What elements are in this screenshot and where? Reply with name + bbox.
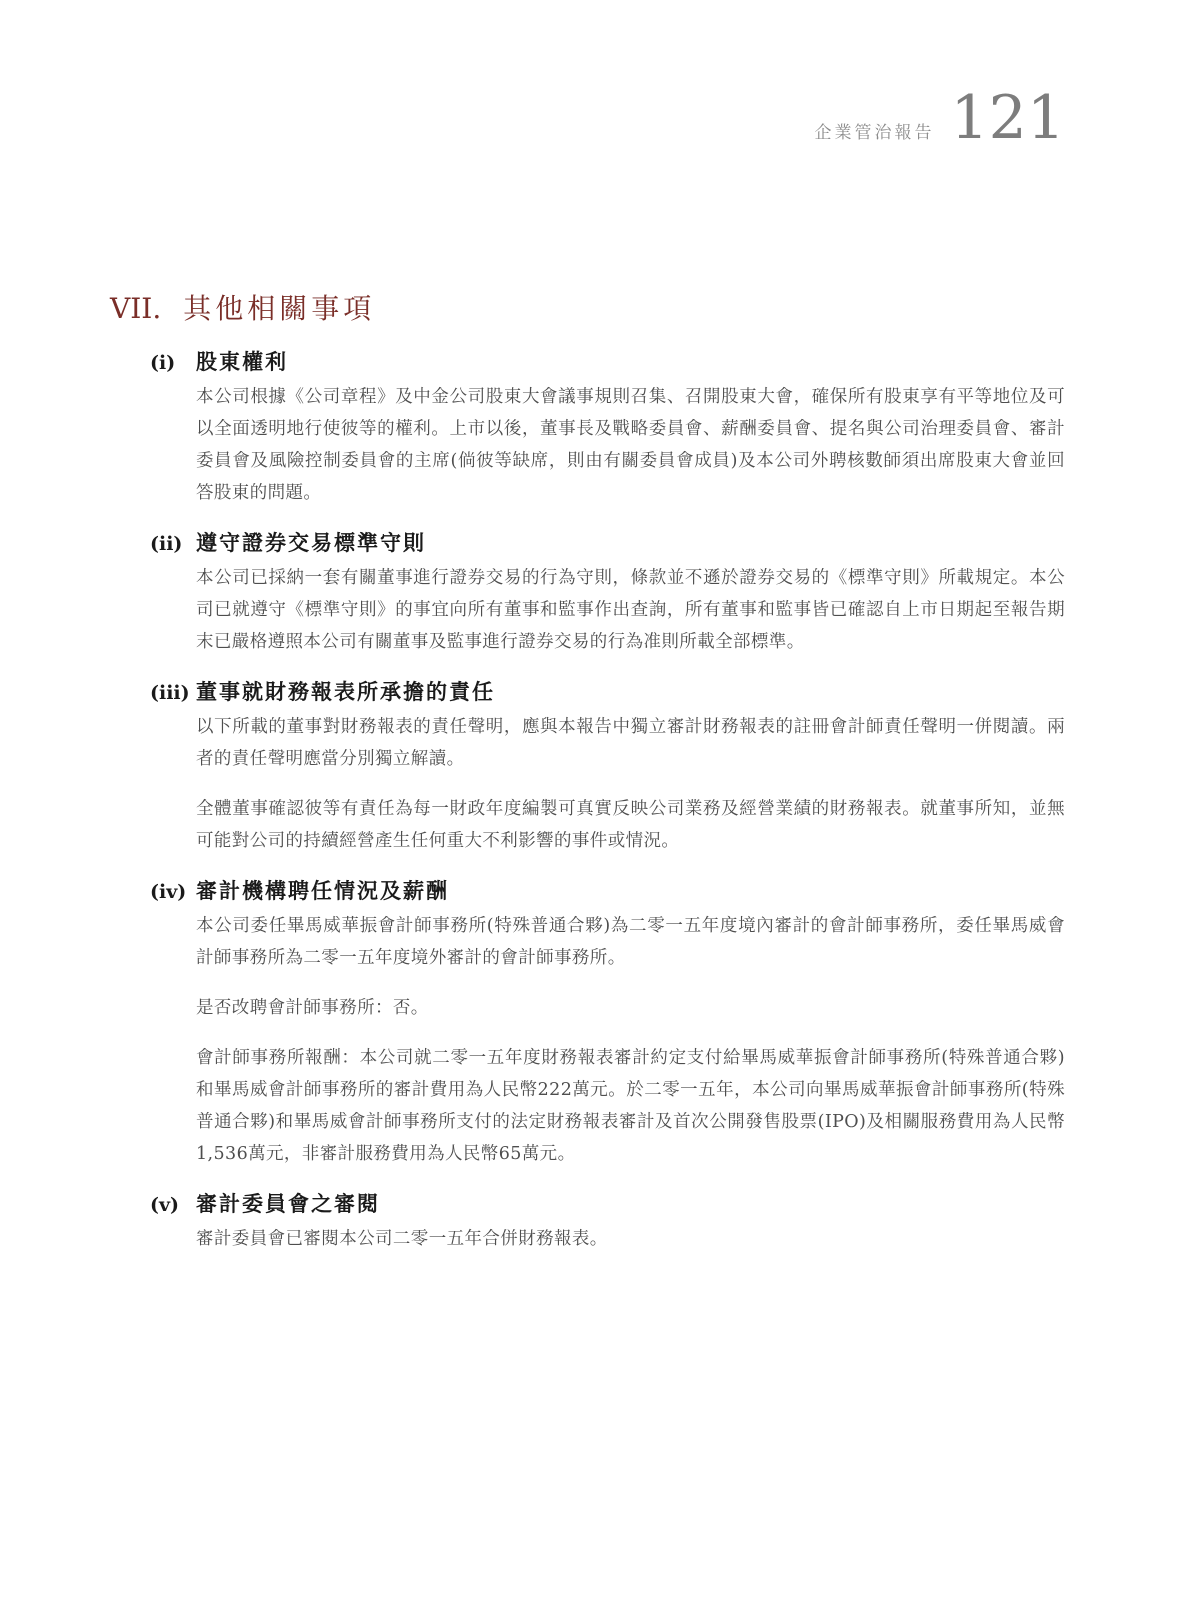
subsection-marker: (i) <box>150 349 196 377</box>
subsection-shareholder-rights: (i) 股東權利 本公司根據《公司章程》及中金公司股東大會議事規則召集、召開股東… <box>0 348 1190 509</box>
paragraph: 以下所載的董事對財務報表的責任聲明，應與本報告中獨立審計財務報表的註冊會計師責任… <box>196 711 1065 775</box>
subsection-heading: (iii) 董事就財務報表所承擔的責任 <box>150 678 1065 707</box>
subsection-heading: (i) 股東權利 <box>150 348 1065 377</box>
page-number: 121 <box>950 88 1065 148</box>
section-heading: VII. 其他相關事項 <box>110 290 1065 328</box>
paragraph: 本公司根據《公司章程》及中金公司股東大會議事規則召集、召開股東大會，確保所有股東… <box>196 381 1065 509</box>
paragraph: 審計委員會已審閱本公司二零一五年合併財務報表。 <box>196 1223 1065 1255</box>
subsection-marker: (v) <box>150 1191 196 1219</box>
subsection-auditor-appointment-remuneration: (iv) 審計機構聘任情況及薪酬 本公司委任畢馬威華振會計師事務所(特殊普通合夥… <box>0 877 1190 1170</box>
subsection-marker: (ii) <box>150 530 196 558</box>
subsection-audit-committee-review: (v) 審計委員會之審閱 審計委員會已審閱本公司二零一五年合併財務報表。 <box>0 1190 1190 1255</box>
subsection-marker: (iii) <box>150 679 196 707</box>
section-title: 其他相關事項 <box>183 290 375 328</box>
subsection-heading: (iv) 審計機構聘任情況及薪酬 <box>150 877 1065 906</box>
subsection-model-code-compliance: (ii) 遵守證券交易標準守則 本公司已採納一套有關董事進行證券交易的行為守則，… <box>0 529 1190 658</box>
paragraph: 是否改聘會計師事務所：否。 <box>196 992 1065 1024</box>
paragraph: 全體董事確認彼等有責任為每一財政年度編製可真實反映公司業務及經營業績的財務報表。… <box>196 793 1065 857</box>
paragraph: 會計師事務所報酬：本公司就二零一五年度財務報表審計約定支付給畢馬威華振會計師事務… <box>196 1042 1065 1170</box>
paragraph: 本公司委任畢馬威華振會計師事務所(特殊普通合夥)為二零一五年度境內審計的會計師事… <box>196 910 1065 974</box>
subsection-title: 董事就財務報表所承擔的責任 <box>196 678 495 706</box>
page-header: 企業管治報告 121 <box>0 0 1190 148</box>
subsection-heading: (ii) 遵守證券交易標準守則 <box>150 529 1065 558</box>
subsection-directors-responsibility: (iii) 董事就財務報表所承擔的責任 以下所載的董事對財務報表的責任聲明，應與… <box>0 678 1190 857</box>
subsection-marker: (iv) <box>150 878 196 906</box>
subsection-title: 股東權利 <box>196 348 288 376</box>
section-number: VII. <box>110 290 161 328</box>
paragraph: 本公司已採納一套有關董事進行證券交易的行為守則，條款並不遜於證券交易的《標準守則… <box>196 562 1065 658</box>
subsection-title: 遵守證券交易標準守則 <box>196 529 426 557</box>
subsection-heading: (v) 審計委員會之審閱 <box>150 1190 1065 1219</box>
subsection-title: 審計委員會之審閱 <box>196 1190 380 1218</box>
subsection-title: 審計機構聘任情況及薪酬 <box>196 877 449 905</box>
report-title-label: 企業管治報告 <box>814 118 934 143</box>
